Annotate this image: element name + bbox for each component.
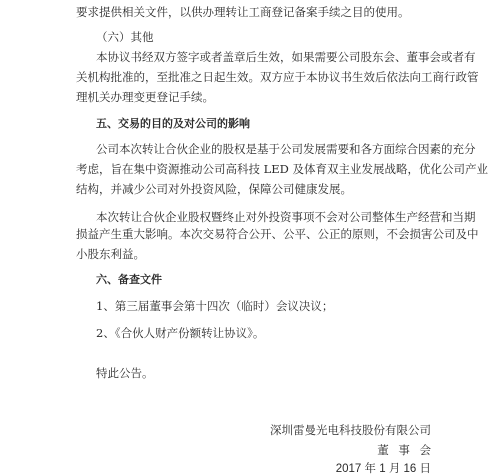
paragraph-line: 理机关办理变更登记手续。 [76,90,214,104]
paragraph-line: 关机构批准的，至批准之日起生效。双方应于本协议书生效后依法向工商行政管 [76,70,431,84]
paragraph-line: 本次转让合伙企业股权暨终止对外投资事项不会对公司整体生产经营和当期 [96,210,431,224]
paragraph-line: 损益产生重大影响。本次交易符合公开、公平、公正的原则，不会损害公司及中 [76,227,431,241]
section-heading-5: 五、交易的目的及对公司的影响 [96,117,250,131]
signature-board: 董 事 会 [377,443,431,457]
signature-company: 深圳雷曼光电科技股份有限公司 [270,423,431,437]
closing-statement: 特此公告。 [96,366,154,380]
reference-item-2: 2、《合伙人财产份额转让协议》。 [96,326,264,340]
paragraph-line: 要求提供相关文件，以供办理转让工商登记备案手续之目的使用。 [76,5,431,19]
paragraph-line: 小股东利益。 [76,247,145,261]
paragraph-line: 考虑，旨在集中资源推动公司高科技 LED 及体育双主业发展战略，优化公司产业 [76,162,431,176]
signature-date: 2017 年 1 月 16 日 [336,462,431,476]
subsection-heading-other: （六）其他 [96,30,154,44]
paragraph-line: 公司本次转让合伙企业的股权是基于公司发展需要和各方面综合因素的充分 [96,142,431,156]
paragraph-line: 本协议书经双方签字或者盖章后生效，如果需要公司股东会、董事会或者有 [96,50,431,64]
reference-item-1: 1、第三届董事会第十四次（临时）会议决议； [96,299,333,313]
paragraph-line: 结构，并减少公司对外投资风险，保障公司健康发展。 [76,182,352,196]
section-heading-6: 六、备查文件 [96,273,162,287]
